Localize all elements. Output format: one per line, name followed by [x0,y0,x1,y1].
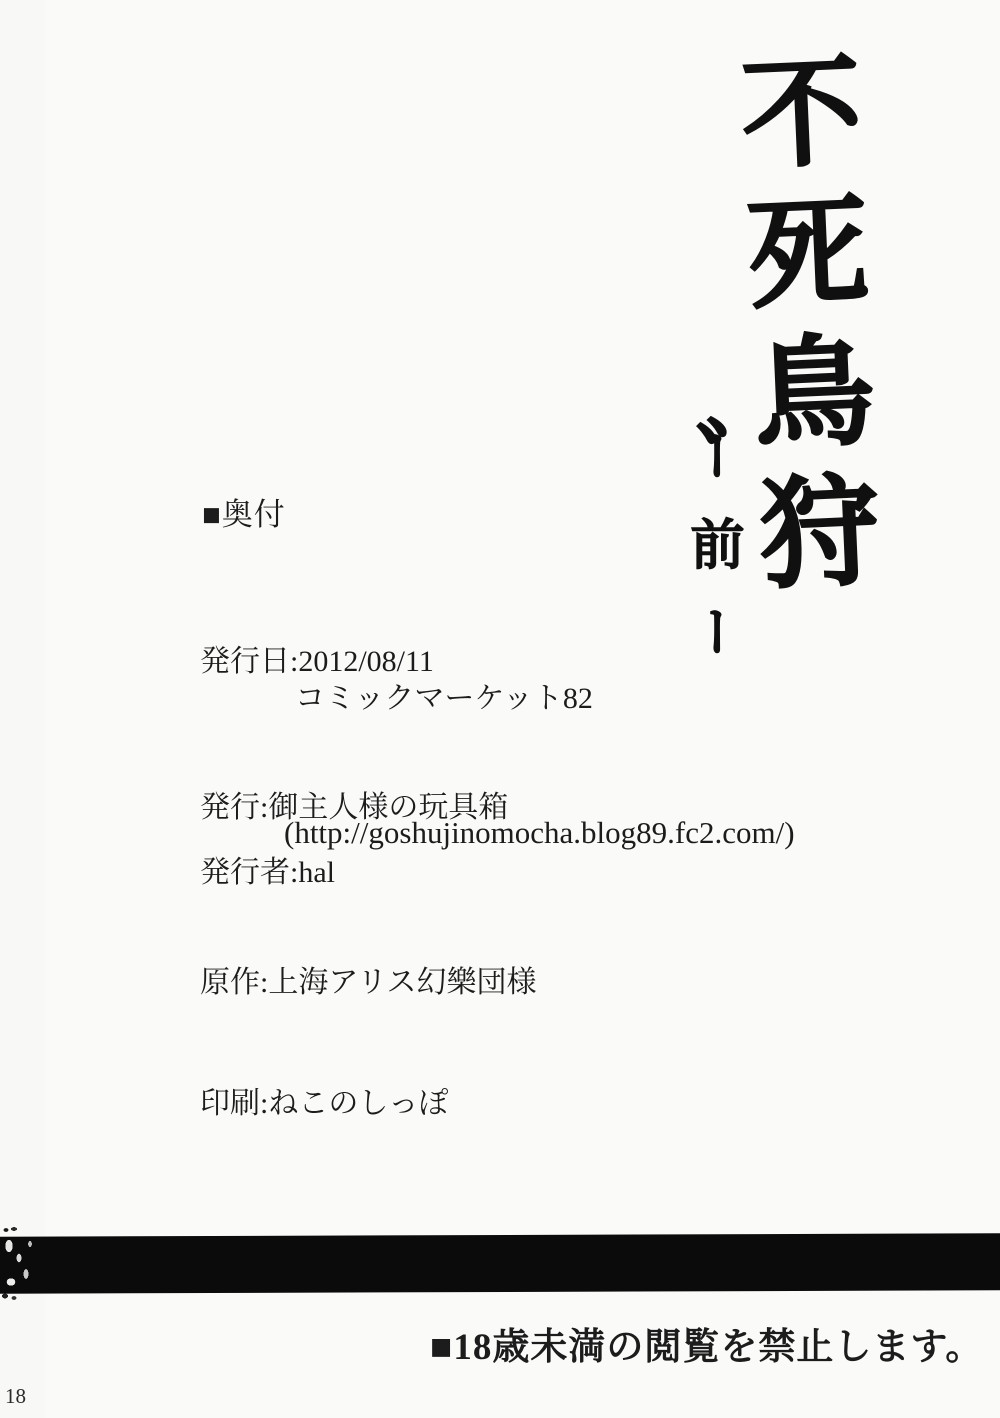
scan-noise-left-edge [0,1232,44,1298]
colophon-heading: ■奥付 [202,489,286,534]
age-restriction-warning: ■18歳未満の閲覧を禁止します。 [430,1316,983,1370]
publisher-person-line: 発行者:hal [200,847,335,891]
publisher-url-line: (http://goshujinomocha.blog89.fc2.com/) [284,815,795,851]
black-divider-bar [0,1233,1000,1294]
colophon-page: 不死鳥狩 ゛ ー前ー ■奥付 発行日:2012/08/11 コミックマーケット8… [0,0,1000,1418]
original-work-line: 原作:上海アリス幻樂団様 [200,957,537,1001]
page-number: 18 [5,1384,26,1409]
title-calligraphy-subtitle: ー前ー [686,428,740,692]
printer-line: 印刷:ねこのしっぽ [200,1078,448,1122]
event-name-line: コミックマーケット82 [295,673,593,717]
